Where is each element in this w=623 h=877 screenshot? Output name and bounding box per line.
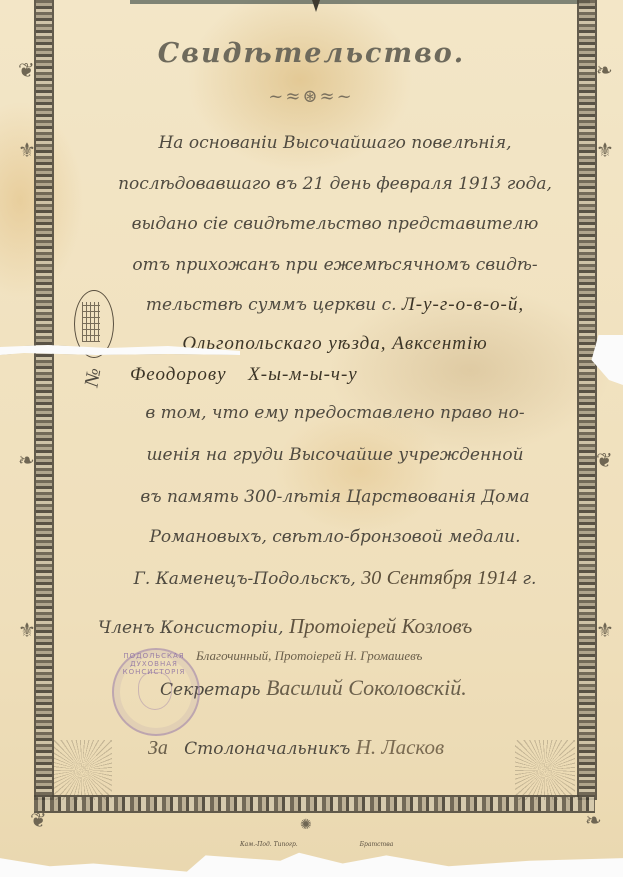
role-label-consistory-member: Членъ Консисторiи, bbox=[98, 618, 284, 638]
handwritten-village-name: Л-у-г-о-в-о-й, bbox=[402, 294, 524, 315]
handwritten-month-year: Сентября 1914 bbox=[387, 567, 517, 589]
signature-row-head-clerk: За Столоначальникъ Н. Ласков bbox=[148, 735, 623, 760]
margin-number-mark: № bbox=[80, 366, 106, 389]
seal-text: ПОДОЛЬСКАЯ ДУХОВНАЯ КОНСИСТОРIЯ bbox=[112, 652, 196, 676]
body-line-11: Романовыхъ, свѣтло-бронзовой медали. bbox=[90, 527, 580, 547]
certificate-title: Свидѣтельство. bbox=[0, 38, 623, 69]
signature-secretary: Василий Соколовскiй. bbox=[266, 675, 467, 700]
body-line-5: тельствѣ суммъ церкви с. Л-у-г-о-в-о-й, bbox=[90, 294, 580, 316]
printer-imprint: Кам.-Под. Типогр. Братства bbox=[240, 841, 570, 848]
bottom-right-corner-ornament-icon: ❧ bbox=[585, 810, 602, 830]
body-line-2: послѣдовавшаго въ 21 день февраля 1913 г… bbox=[90, 174, 580, 194]
left-scroll-ornament-icon: ⚜ bbox=[18, 140, 36, 160]
right-scroll-ornament-icon: ❦ bbox=[596, 450, 613, 470]
signature-head-clerk: Н. Ласков bbox=[356, 735, 444, 759]
title-flourish-ornament: ~≈⊛≈~ bbox=[236, 86, 386, 107]
seal-emblem-icon bbox=[138, 672, 172, 710]
signature-row-secretary: Секретарь Василий Соколовскiй. bbox=[160, 675, 623, 701]
place-name: Г. Каменецъ-Подольскъ, bbox=[134, 569, 356, 589]
body-line-9: шенiя на груди Высочайше учрежденной bbox=[90, 445, 580, 465]
imprint-left: Кам.-Под. Типогр. bbox=[240, 841, 298, 848]
margin-registry-grid-icon bbox=[82, 302, 100, 342]
top-border-strip bbox=[130, 0, 590, 4]
handwritten-day: 30 bbox=[361, 567, 381, 589]
corner-rays-left-ornament bbox=[52, 740, 112, 800]
right-scroll-ornament-icon: ⚜ bbox=[596, 140, 614, 160]
body-line-3: выдано сiе свидѣтельство представителю bbox=[90, 214, 580, 234]
left-scroll-ornament-icon: ❧ bbox=[18, 450, 35, 470]
bottom-center-fan-ornament-icon: ✺ bbox=[300, 818, 312, 832]
bottom-left-corner-ornament-icon: ❦ bbox=[30, 810, 47, 830]
body-line-5-printed: тельствѣ суммъ церкви с. bbox=[146, 295, 397, 315]
signature-consistory-member: Протоiерей Козловъ bbox=[289, 614, 472, 638]
body-line-10: въ память 300-лѣтiя Царствованiя Дома bbox=[90, 487, 580, 507]
place-and-date-line: Г. Каменецъ-Подольскъ, 30 Сентября 1914 … bbox=[90, 567, 580, 590]
signature-prefix-for: За bbox=[148, 737, 168, 759]
right-scroll-ornament-icon: ⚜ bbox=[596, 620, 614, 640]
signature-dean-archpriest: Благочинный, Протоiерей Н. Громашевъ bbox=[196, 648, 422, 664]
body-line-1: На основанiи Высочайшаго повелѣнiя, bbox=[90, 133, 580, 153]
left-scroll-ornament-icon: ⚜ bbox=[18, 620, 36, 640]
body-line-8: в том, что ему предоставлено право но- bbox=[90, 403, 580, 423]
handwritten-surname: Х-ы-м-ы-ч-у bbox=[248, 364, 358, 385]
handwritten-patronymic: Феодорову bbox=[130, 364, 227, 385]
body-line-4: отъ прихожанъ при ежемѣсячномъ свидѣ- bbox=[90, 255, 580, 275]
signature-row-consistory-member: Членъ Консисторiи, Протоiерей Козловъ bbox=[98, 614, 588, 639]
body-line-7-handwritten: Феодорову Х-ы-м-ы-ч-у bbox=[130, 364, 620, 386]
left-ornamental-border bbox=[34, 0, 54, 800]
imprint-right: Братства bbox=[360, 841, 394, 848]
bottom-ornamental-border bbox=[34, 795, 595, 813]
role-label-head-clerk: Столоначальникъ bbox=[184, 739, 350, 759]
year-suffix: г. bbox=[522, 569, 536, 589]
